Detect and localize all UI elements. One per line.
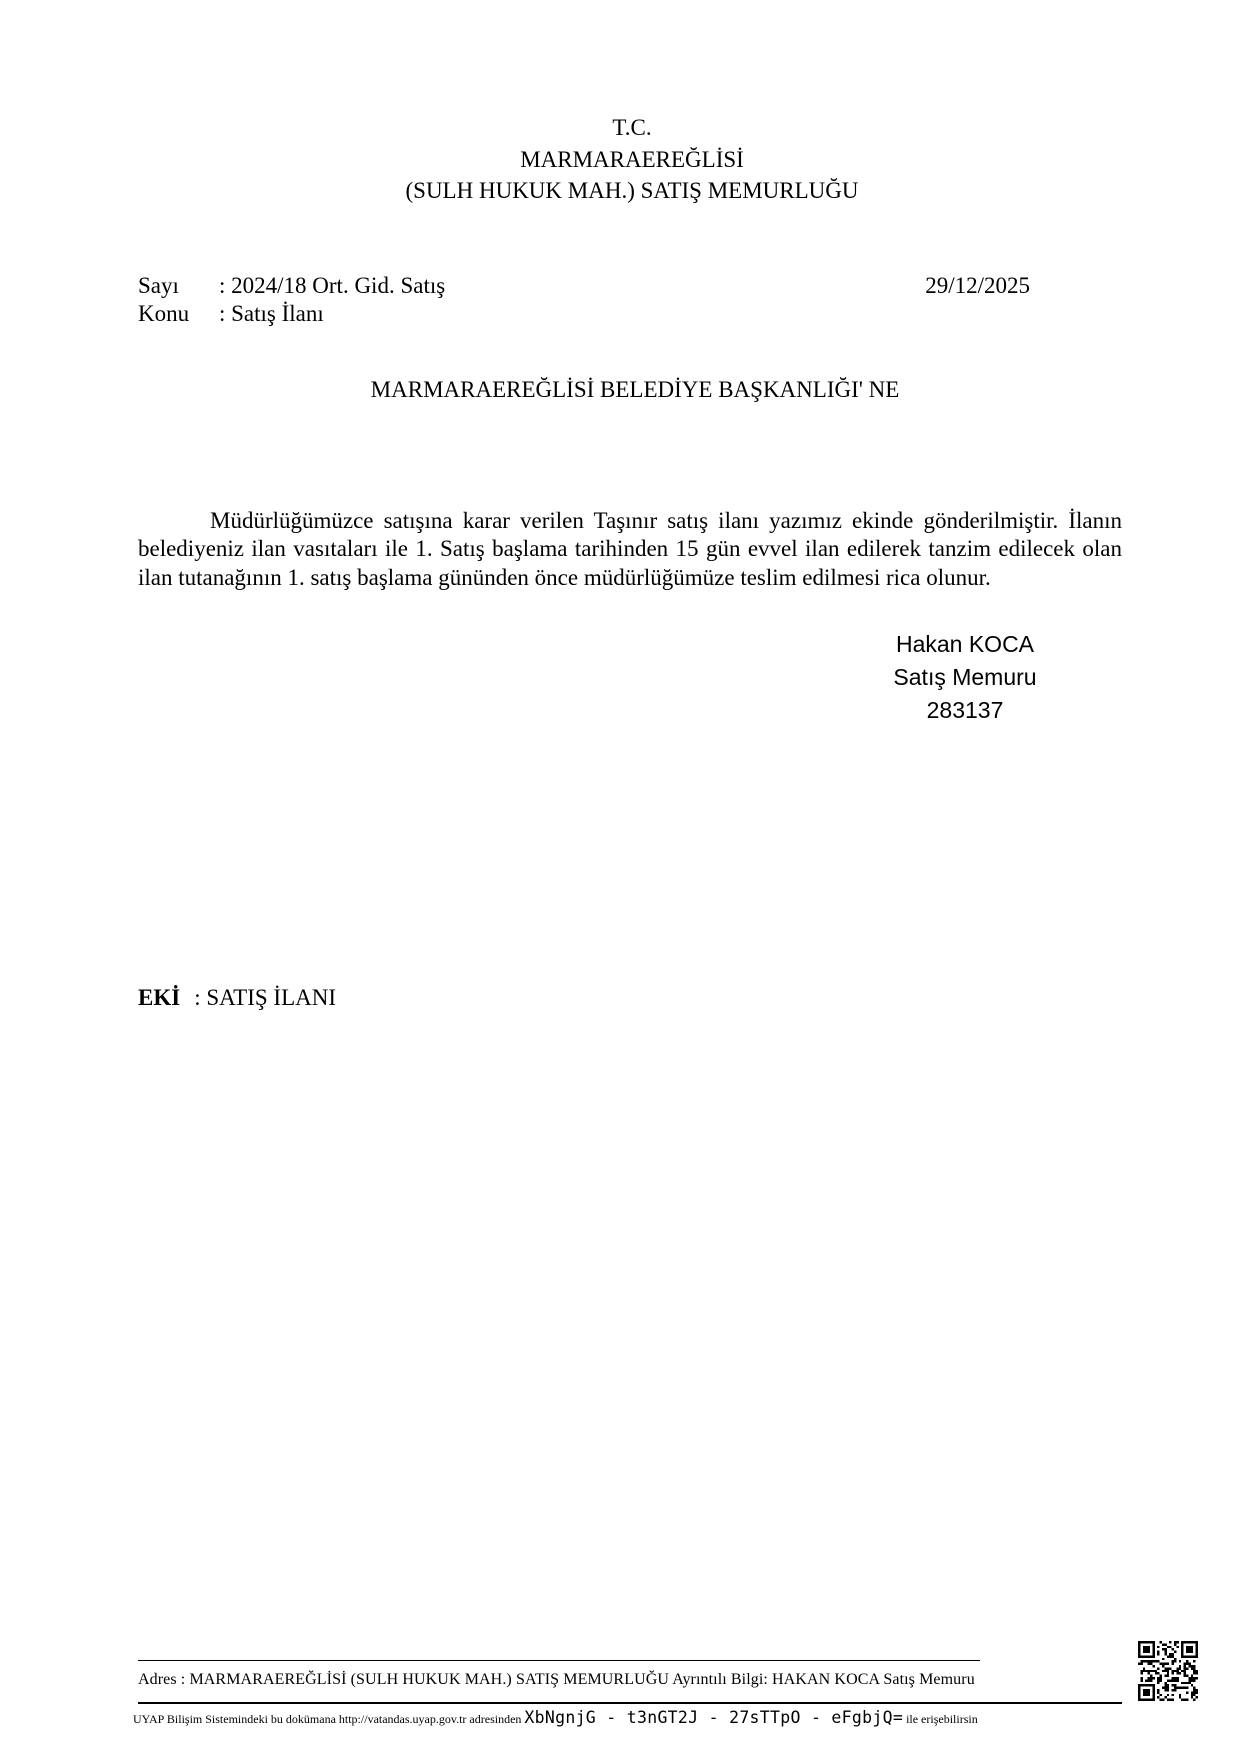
header-office: (SULH HUKUK MAH.) SATIŞ MEMURLUĞU <box>0 175 1241 207</box>
attachment-value: : SATIŞ İLANI <box>194 985 336 1010</box>
footer-address: Adres : MARMARAEREĞLİSİ (SULH HUKUK MAH.… <box>138 1671 975 1689</box>
signatory-title: Satış Memuru <box>870 661 1060 694</box>
sayi-value: : 2024/18 Ort. Gid. Satış <box>219 273 445 299</box>
footer-divider-thick <box>138 1702 1122 1704</box>
attachment-label: EKİ <box>138 985 180 1010</box>
body-paragraph: Müdürlüğümüzce satışına karar verilen Ta… <box>138 507 1122 592</box>
konu-value: : Satış İlanı <box>219 301 324 327</box>
verification-code: XbNgnjG - t3nGT2J - 27sTTpO - eFgbjQ= <box>524 1708 903 1727</box>
header-district: MARMARAEREĞLİSİ <box>0 144 1241 176</box>
header-state: T.C. <box>0 112 1241 144</box>
footer-uyap-line: UYAP Bilişim Sistemindeki bu dokümana ht… <box>133 1708 978 1727</box>
signatory-name: Hakan KOCA <box>870 628 1060 661</box>
footer-divider-thin <box>138 1660 980 1661</box>
qr-code-icon <box>1138 1640 1198 1702</box>
document-header: T.C. MARMARAEREĞLİSİ (SULH HUKUK MAH.) S… <box>0 112 1241 207</box>
uyap-prefix: UYAP Bilişim Sistemindeki bu dokümana ht… <box>133 1712 521 1726</box>
document-date: 29/12/2025 <box>925 273 1030 299</box>
addressee: MARMARAEREĞLİSİ BELEDİYE BAŞKANLIĞI' NE <box>0 377 1241 403</box>
konu-label: Konu <box>138 301 189 327</box>
attachment-line: EKİ: SATIŞ İLANI <box>138 985 336 1011</box>
signature-block: Hakan KOCA Satış Memuru 283137 <box>870 628 1060 727</box>
uyap-suffix: ile erişebilirsin <box>906 1712 978 1726</box>
signatory-number: 283137 <box>870 694 1060 727</box>
sayi-label: Sayı <box>138 273 179 299</box>
